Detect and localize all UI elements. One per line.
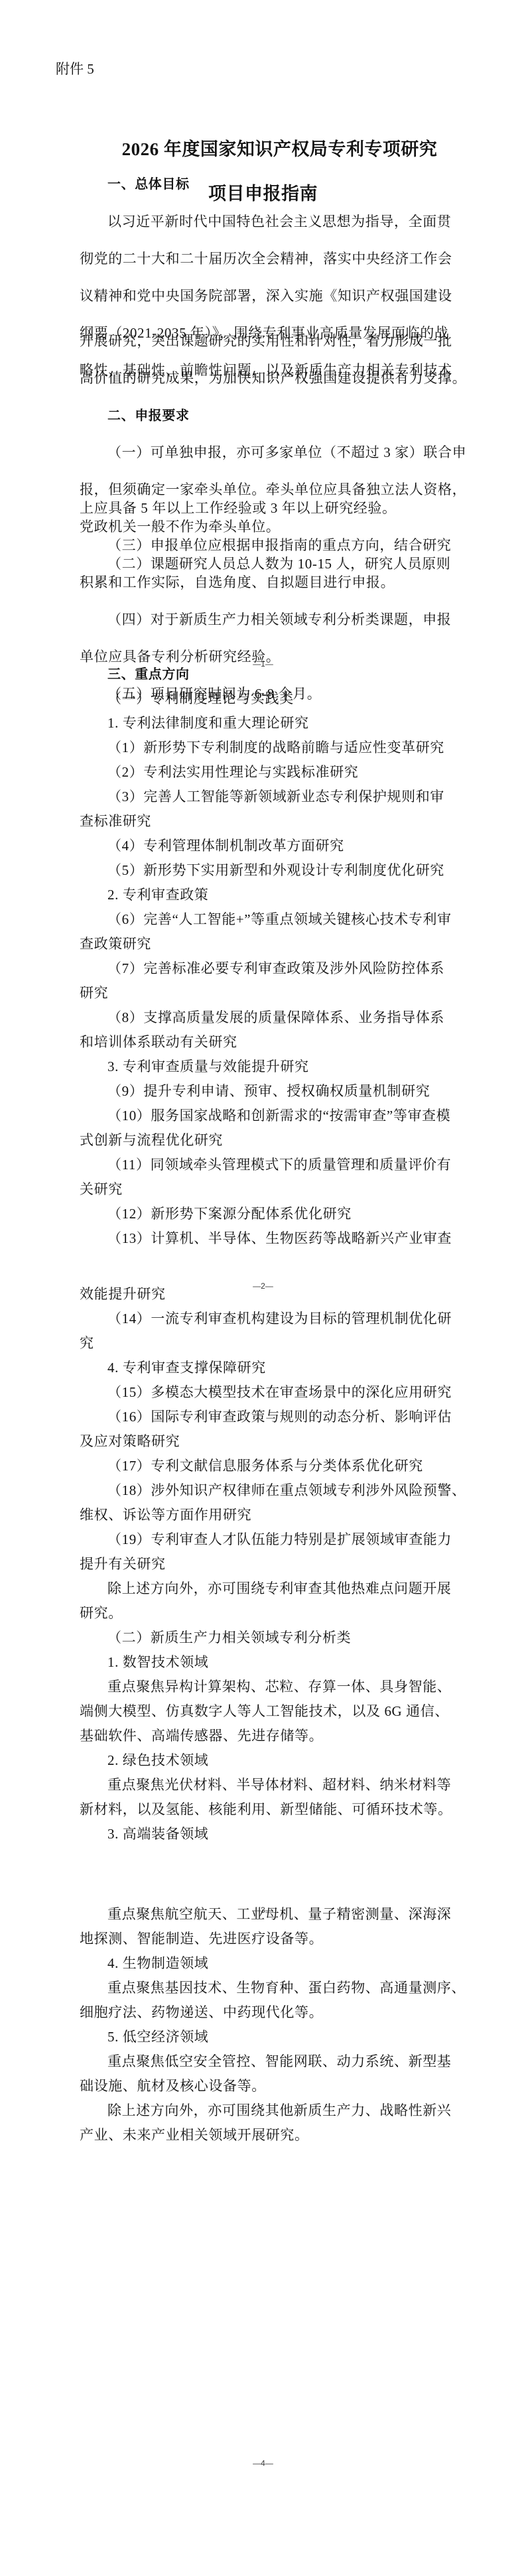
text-line: （13）计算机、半导体、生物医药等战略新兴产业审查	[107, 1228, 452, 1248]
text-line: （4）专利管理体制机制改革方面研究	[107, 835, 344, 855]
text-line: （11）同领域牵头管理模式下的质量管理和质量评价有	[107, 1154, 451, 1174]
text-line: 议精神和党中央国务院部署，深入实施《知识产权强国建设	[80, 285, 452, 305]
text-line: 彻党的二十大和二十届历次全会精神，落实中央经济工作会	[80, 248, 452, 268]
text-line: 4. 专利审查支撑保障研究	[107, 1357, 266, 1377]
text-line: 细胞疗法、药物递送、中药现代化等。	[80, 2002, 323, 2022]
text-line: （9）提升专利申请、预审、授权确权质量机制研究	[107, 1080, 430, 1100]
text-line: 3. 高端装备领域	[107, 1823, 208, 1843]
page-number-1: —1—	[0, 659, 526, 669]
section-heading: 二、申报要求	[107, 405, 190, 424]
text-line: 积累和工作实际，自选角度、自拟题目进行申报。	[80, 572, 395, 592]
text-line: 查标准研究	[80, 810, 151, 830]
text-line: （6）完善“人工智能+”等重点领域关键核心技术专利审	[107, 909, 452, 929]
text-line: （1）新形势下专利制度的战略前瞻与适应性变革研究	[107, 737, 444, 757]
doc-title-line1: 2026 年度国家知识产权局专利专项研究	[0, 135, 526, 161]
text-line: 高价值的研究成果，为加快知识产权强国建设提供有力支撑。	[80, 367, 466, 387]
text-line: 提升有关研究	[80, 1553, 166, 1573]
attachment-label: 附件 5	[56, 58, 94, 78]
text-line: 研究	[80, 982, 108, 1002]
text-line: 2. 专利审查政策	[107, 884, 208, 904]
text-line: 重点聚焦光伏材料、半导体材料、超材料、纳米材料等	[107, 1774, 451, 1794]
text-line: （8）支撑高质量发展的质量保障体系、业务指导体系	[107, 1007, 444, 1027]
text-line: 1. 数智技术领域	[107, 1651, 208, 1671]
text-line: 端侧大模型、仿真数字人等人工智能技术，以及 6G 通信、	[80, 1701, 449, 1720]
text-line: 3. 专利审查质量与效能提升研究	[107, 1056, 309, 1076]
text-line: （7）完善标准必要专利审查政策及涉外风险防控体系	[107, 958, 444, 978]
text-line: 维权、诉讼等方面作用研究	[80, 1504, 251, 1524]
text-line: 研究。	[80, 1602, 123, 1622]
section-heading: 一、总体目标	[107, 173, 190, 192]
text-line: （一）可单独申报，亦可多家单位（不超过 3 家）联合申	[107, 442, 466, 462]
text-line: 重点聚焦异构计算架构、芯粒、存算一体、具身智能、	[107, 1676, 451, 1696]
text-line: （3）完善人工智能等新领域新业态专利保护规则和审	[107, 786, 444, 806]
text-line: 党政机关一般不作为牵头单位。	[80, 516, 280, 536]
text-line: 5. 低空经济领域	[107, 2026, 208, 2046]
text-line: 重点聚焦低空安全管控、智能网联、动力系统、新型基	[107, 2051, 451, 2071]
text-line: 式创新与流程优化研究	[80, 1129, 223, 1149]
text-line: 上应具备 5 年以上工作经验或 3 年以上研究经验。	[80, 497, 397, 517]
page-number-2: —2—	[0, 1281, 526, 1291]
text-line: 及应对策略研究	[80, 1431, 180, 1450]
text-line: 除上述方向外，亦可围绕其他新质生产力、战略性新兴	[107, 2100, 451, 2120]
text-line: （2）专利法实用性理论与实践标准研究	[107, 761, 358, 781]
text-line: （14）一流专利审查机构建设为目标的管理机制优化研	[107, 1308, 452, 1328]
text-line: （5）新形势下实用新型和外观设计专利制度优化研究	[107, 860, 444, 879]
text-line: （16）国际专利审查政策与规则的动态分析、影响评估	[107, 1406, 452, 1426]
text-line: 1. 专利法律制度和重大理论研究	[107, 712, 309, 732]
text-line: （17）专利文献信息服务体系与分类体系优化研究	[107, 1455, 423, 1475]
page-number-4: —4—	[0, 2459, 526, 2468]
text-line: 究	[80, 1332, 94, 1352]
text-line: （二）新质生产力相关领域专利分析类	[107, 1627, 351, 1647]
text-line: 重点聚焦基因技术、生物育种、蛋白药物、高通量测序、	[107, 1977, 466, 1997]
text-line: （10）服务国家战略和创新需求的“按需审查”等审查模	[107, 1105, 450, 1125]
text-line: 关研究	[80, 1179, 123, 1198]
text-line: （15）多模态大模型技术在审查场景中的深化应用研究	[107, 1382, 452, 1401]
text-line: 2. 绿色技术领域	[107, 1750, 208, 1770]
text-line: 报，但须确定一家牵头单位。牵头单位应具备独立法人资格，	[80, 479, 466, 499]
text-line: （三）申报单位应根据申报指南的重点方向，结合研究	[107, 535, 451, 554]
text-line: （19）专利审查人才队伍能力特别是扩展领域审查能力	[107, 1529, 452, 1549]
text-line: 4. 生物制造领域	[107, 1953, 208, 1972]
text-line: （12）新形势下案源分配体系优化研究	[107, 1203, 352, 1223]
text-line: 地探测、智能制造、先进医疗设备等。	[80, 1928, 323, 1948]
text-line: 以习近平新时代中国特色社会主义思想为指导，全面贯	[107, 211, 451, 231]
text-line: 产业、未来产业相关领域开展研究。	[80, 2124, 309, 2144]
text-line: 基础软件、高端传感器、先进存储等。	[80, 1725, 323, 1745]
text-line: 和培训体系联动有关研究	[80, 1031, 237, 1051]
text-line: 除上述方向外，亦可围绕专利审查其他热难点问题开展	[107, 1578, 451, 1598]
text-line: 开展研究，突出课题研究的实用性和针对性，着力形成一批	[80, 330, 452, 350]
page-number-3: —3—	[0, 1905, 526, 1915]
text-line: 查政策研究	[80, 933, 151, 953]
text-line: （18）涉外知识产权律师在重点领域专利涉外风险预警、	[107, 1480, 466, 1500]
text-line: （四）对于新质生产力相关领域专利分析类课题，申报	[107, 609, 451, 629]
doc-title-line2: 项目申报指南	[0, 179, 526, 205]
text-line: 础设施、航材及核心设备等。	[80, 2075, 266, 2095]
text-line: （二）课题研究人员总人数为 10-15 人，研究人员原则	[107, 553, 450, 573]
text-line: 新材料，以及氢能、核能利用、新型储能、可循环技术等。	[80, 1799, 452, 1819]
text-line: （一）专利制度理论与实践类	[107, 688, 294, 708]
